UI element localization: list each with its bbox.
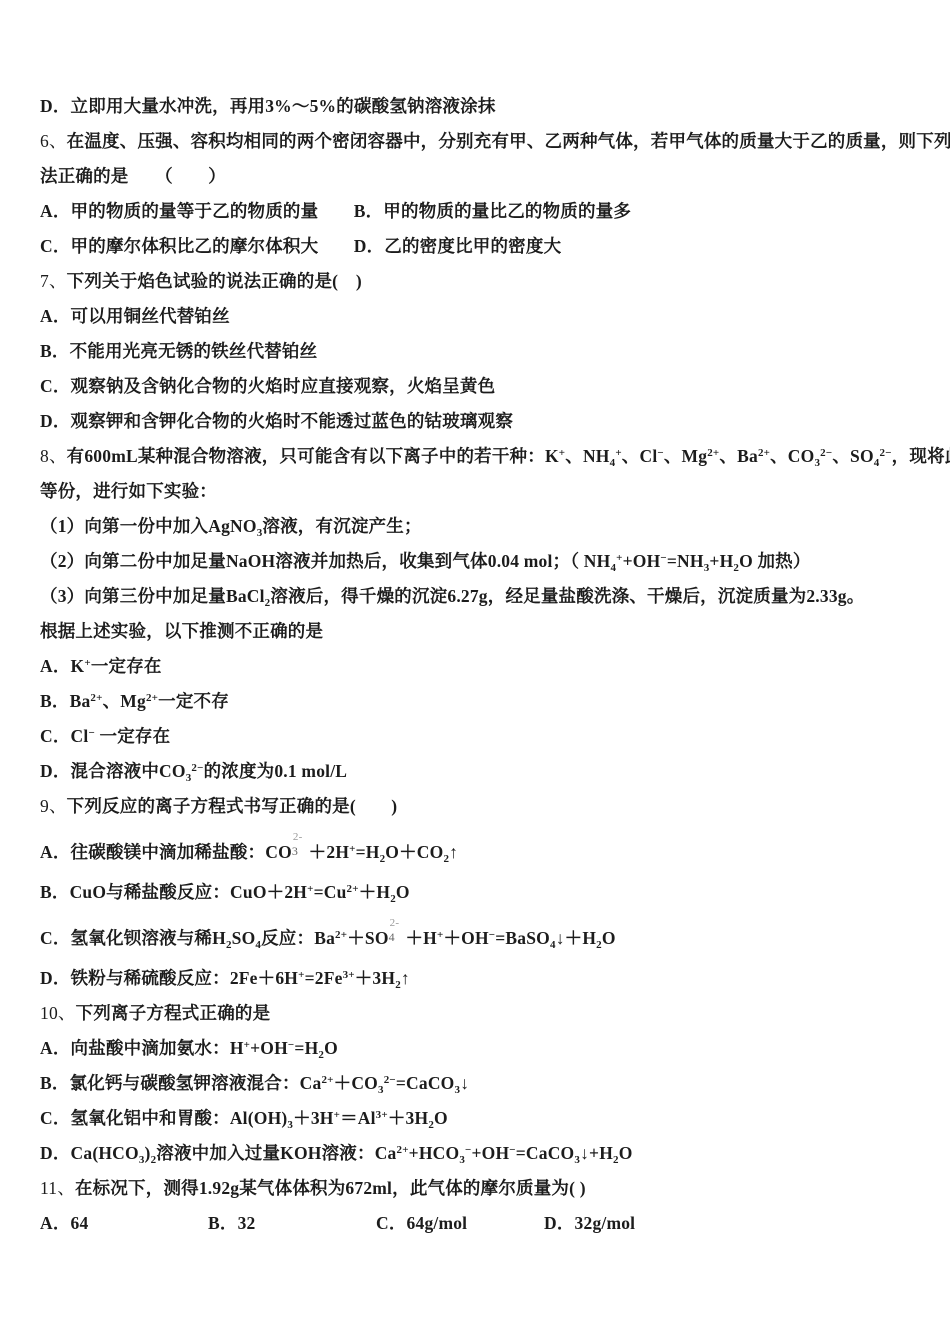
question-number: 11、	[40, 1178, 75, 1198]
q9-option-b: B．CuO与稀盐酸反应：CuO＋2H+=Cu2+＋H2O	[40, 881, 920, 903]
q10-option-c: C．氢氧化铝中和胃酸：Al(OH)3＋3H+＝Al3+＋3H2O	[40, 1107, 920, 1129]
q8-option-c: C．Cl− 一定存在	[40, 725, 920, 747]
q9-stem: 9、下列反应的离子方程式书写正确的是( )	[40, 795, 920, 817]
q11-stem: 11、在标况下，测得1.92g某气体体积为672ml，此气体的摩尔质量为( )	[40, 1177, 920, 1199]
q7-stem: 7、下列关于焰色试验的说法正确的是( )	[40, 270, 920, 292]
q7-option-a: A．可以用铜丝代替铂丝	[40, 305, 920, 327]
option-cell: A．64	[40, 1212, 208, 1234]
q10-option-a: A．向盐酸中滴加氨水：H++OH−=H2O	[40, 1037, 920, 1059]
question-number: 7、	[40, 271, 67, 291]
q6-stem-line1: 6、在温度、压强、容积均相同的两个密闭容器中，分别充有甲、乙两种气体，若甲气体的…	[40, 130, 920, 152]
q8-conclusion: 根据上述实验，以下推测不正确的是	[40, 620, 920, 642]
q8-option-d: D．混合溶液中CO32−的浓度为0.1 mol/L	[40, 760, 920, 782]
question-number: 8、	[40, 446, 67, 466]
q9-option-a: A．往碳酸镁中滴加稀盐酸：CO2-3 ＋2H+=H2O＋CO2↑	[40, 830, 920, 865]
stacked-ion-charge: 2-4	[389, 927, 395, 951]
q8-exp-1: （1）向第一份中加入AgNO3溶液，有沉淀产生；	[40, 515, 920, 537]
q8-option-b: B．Ba2+、Mg2+一定不存	[40, 690, 920, 712]
q5-option-d: D．立即用大量水冲洗，再用3%～5%的碳酸氢钠溶液涂抹	[40, 95, 920, 117]
q9-option-d: D．铁粉与稀硫酸反应：2Fe＋6H+=2Fe3+＋3H2↑	[40, 967, 920, 989]
q8-stem-line1: 8、有600mL某种混合物溶液，只可能含有以下离子中的若干种：K+、NH4+、C…	[40, 445, 920, 467]
q8-stem-line2: 等份，进行如下实验：	[40, 480, 920, 502]
option-cell: C．64g/mol	[376, 1212, 544, 1234]
q8-option-a: A．K+一定存在	[40, 655, 920, 677]
question-number: 6、	[40, 131, 67, 151]
q11-options: A．64B．32C．64g/molD．32g/mol	[40, 1212, 920, 1234]
q8-exp-2: （2）向第二份中加足量NaOH溶液并加热后，收集到气体0.04 mol；（ NH…	[40, 550, 920, 572]
option-cell: D．32g/mol	[544, 1212, 712, 1234]
q7-option-c: C．观察钠及含钠化合物的火焰时应直接观察，火焰呈黄色	[40, 375, 920, 397]
document-body: D．立即用大量水冲洗，再用3%～5%的碳酸氢钠溶液涂抹6、在温度、压强、容积均相…	[0, 0, 950, 1234]
question-number: 10、	[40, 1003, 76, 1023]
stacked-ion-charge: 2-3	[292, 841, 298, 865]
q10-option-b: B．氯化钙与碳酸氢钾溶液混合：Ca2+＋CO32−=CaCO3↓	[40, 1072, 920, 1094]
question-number: 9、	[40, 796, 67, 816]
q10-option-d: D．Ca(HCO3)2溶液中加入过量KOH溶液：Ca2++HCO3−+OH−=C…	[40, 1142, 920, 1164]
q8-exp-3: （3）向第三份中加足量BaCl2溶液后，得千燥的沉淀6.27g，经足量盐酸洗涤、…	[40, 585, 920, 607]
q6-options-ab: A．甲的物质的量等于乙的物质的量 B．甲的物质的量比乙的物质的量多	[40, 200, 920, 222]
q6-stem-line2: 法正确的是 （ ）	[40, 165, 920, 187]
q10-stem: 10、下列离子方程式正确的是	[40, 1002, 920, 1024]
q6-options-cd: C．甲的摩尔体积比乙的摩尔体积大 D．乙的密度比甲的密度大	[40, 235, 920, 257]
q9-option-c: C．氢氧化钡溶液与稀H2SO4反应：Ba2+＋SO2-4 ＋H+＋OH−=BaS…	[40, 916, 920, 951]
q7-option-b: B．不能用光亮无锈的铁丝代替铂丝	[40, 340, 920, 362]
q7-option-d: D．观察钾和含钾化合物的火焰时不能透过蓝色的钴玻璃观察	[40, 410, 920, 432]
option-cell: B．32	[208, 1212, 376, 1234]
